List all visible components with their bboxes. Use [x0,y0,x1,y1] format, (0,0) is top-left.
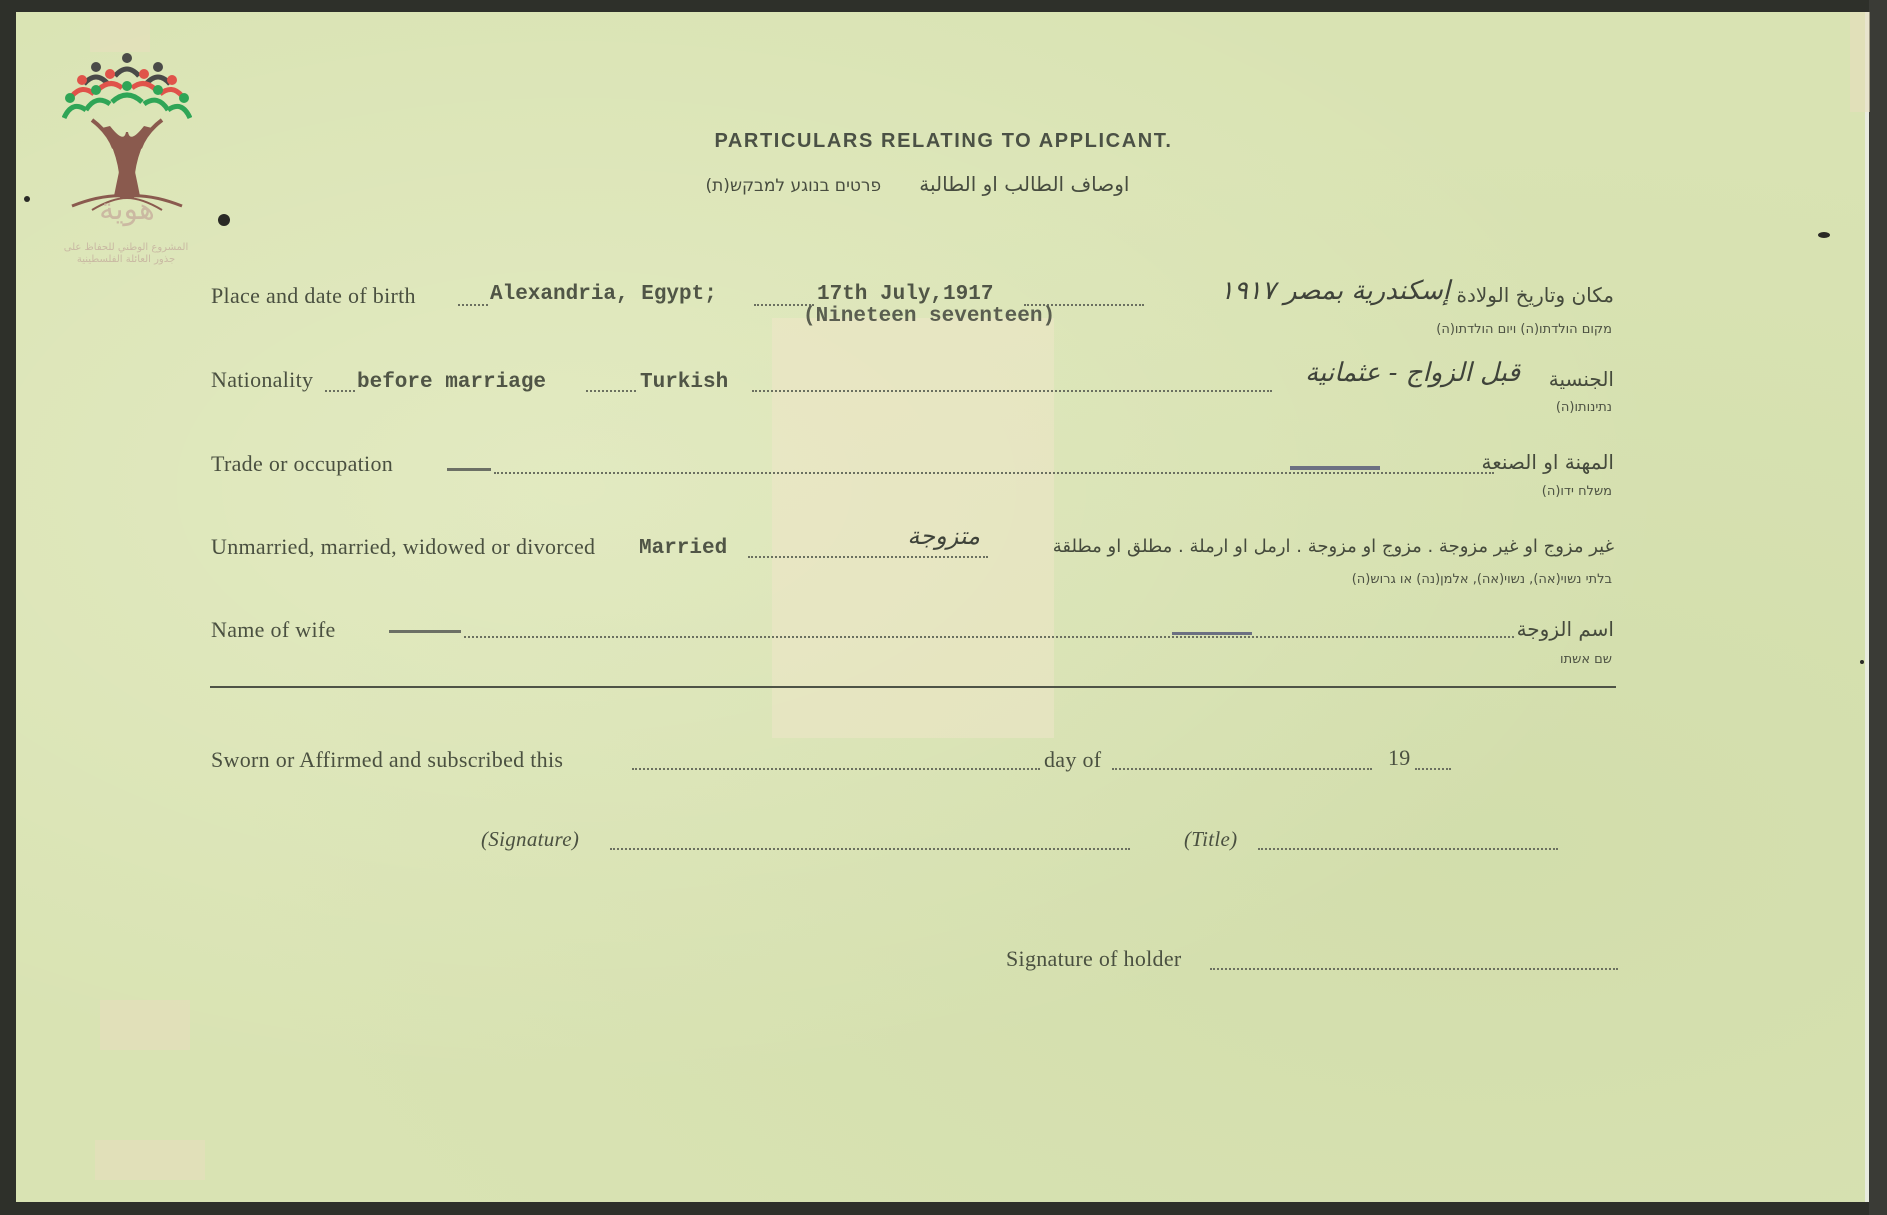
nationality-label-ar: الجنسية [1520,367,1614,391]
ink-speck [1818,232,1830,238]
scan-border-right [1869,0,1887,1215]
holder-signature-field[interactable] [1210,968,1618,970]
dotted-line [325,390,355,392]
birth-label-he: מקום הולדתו(ה) ויום הולדתו(ה) [1300,322,1612,337]
signature-label: (Signature) [481,827,579,852]
year-prefix: 19 [1388,745,1411,771]
marital-value-ar: متزوجة [860,522,980,550]
trade-label-ar: المهنة او الصنعة [1460,450,1614,474]
ink-speck [218,214,230,226]
marital-label-ar: غير مزوج او غير مزوجة . مزوج او مزوجة . … [990,536,1614,557]
nationality-label: Nationality [211,367,313,393]
wife-label: Name of wife [211,617,336,643]
paper-stain [1850,12,1870,112]
logo-tagline-2: جذور العائلة الفلسطينية [46,254,206,265]
logo-tagline-1: المشروع الوطني للحفاظ على [46,242,206,253]
wife-value-ar-dash [1172,632,1252,635]
sworn-year-field[interactable] [1415,768,1451,770]
paper-stain [95,1140,205,1180]
nationality-qualifier: before marriage [357,371,546,394]
ink-speck [24,196,30,202]
family-tree-logo-icon [62,48,192,270]
marital-label: Unmarried, married, widowed or divorced [211,534,595,560]
title-label: (Title) [1184,827,1237,852]
dotted-line [464,636,1514,638]
trade-value-ar-dash [1290,466,1380,470]
birth-label: Place and date of birth [211,283,416,309]
dotted-line [748,556,988,558]
wife-label-ar: اسم الزوجة [1500,617,1614,641]
day-of-label: day of [1044,747,1101,773]
sworn-label: Sworn or Affirmed and subscribed this [211,747,563,773]
birth-place-value: Alexandria, Egypt; [490,283,717,306]
birth-date-words: (Nineteen seventeen) [803,305,1055,328]
nationality-value-ar: قبل الزواج - عثمانية [1270,358,1520,388]
sworn-day-field[interactable] [632,768,1040,770]
marital-value: Married [639,537,727,560]
birth-value-ar: إسكندرية بمصر ١٩١٧ [1150,276,1450,306]
dotted-line [752,390,1272,392]
title-field[interactable] [1258,848,1558,850]
marital-label-he: בלתי נשוי(אה), נשוי(אה), אלמן(נה) או גרו… [1200,572,1612,587]
paper-stain [90,12,150,52]
holder-signature-label: Signature of holder [1006,946,1182,972]
nationality-value: Turkish [640,371,728,394]
logo-wordmark: هوية [92,192,162,227]
form-subtitle: اوصاف الطالب او الطالبة פרטים בנוגע למבק… [670,172,1165,196]
birth-date-value: 17th July,1917 [817,283,993,306]
form-title: PARTICULARS RELATING TO APPLICANT. [0,130,1887,153]
form-subtitle-he: פרטים בנוגע למבקש(ת) [706,176,882,196]
wife-label-he: שם אשתו [1500,652,1612,667]
nationality-label-he: נתינותו(ה) [1450,400,1612,415]
dotted-line [494,472,1494,474]
sworn-month-field[interactable] [1112,768,1372,770]
trade-label: Trade or occupation [211,451,393,477]
wife-value-dash [389,630,461,633]
form-subtitle-ar: اوصاف الطالب او الطالبة [919,172,1129,196]
trade-value-dash [447,468,491,471]
birth-label-ar: مكان وتاريخ الولادة [1420,283,1614,307]
section-divider [210,686,1616,688]
signature-field[interactable] [610,848,1130,850]
ink-speck [1860,660,1864,664]
trade-label-he: משלח ידו(ה) [1460,484,1612,499]
dotted-line [458,304,488,306]
paper-stain [100,1000,190,1050]
dotted-line [586,390,636,392]
